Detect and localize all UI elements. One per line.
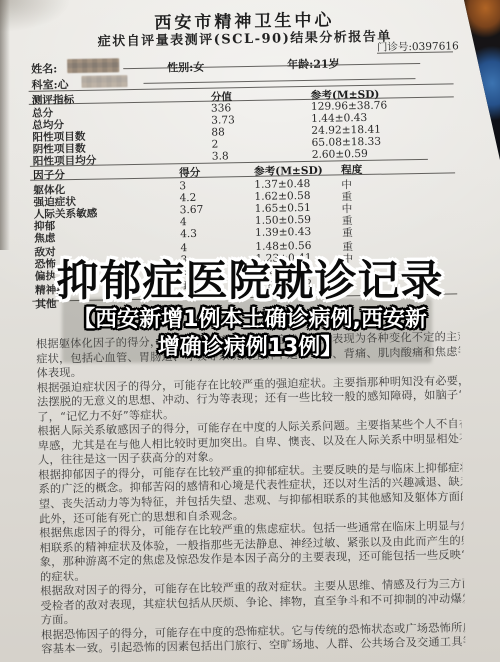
factor-reference: 1.65±0.51 — [255, 202, 311, 215]
metric-reference: 1.44±0.43 — [311, 112, 367, 125]
metric-score: 3.8 — [212, 150, 229, 162]
factor-reference: 1.50±0.59 — [255, 214, 311, 227]
factor-degree: 重 — [342, 225, 353, 240]
factor-reference: 1.43±0.57 — [256, 264, 312, 277]
factor-reference: 1.23±0.41 — [255, 252, 311, 265]
factor-score: 4.2 — [181, 280, 198, 292]
metric-score: 88 — [211, 126, 225, 138]
factor-score: 3 — [180, 254, 187, 266]
factor-reference: 1.37±0.48 — [254, 178, 310, 191]
factor-score: 3.67 — [180, 204, 204, 216]
department-redaction-mosaic — [81, 75, 127, 88]
metric-score: 2 — [211, 139, 218, 151]
name-redaction-mosaic — [67, 58, 119, 73]
factor-reference: 1.39±0.43 — [255, 226, 311, 239]
metric-score: 336 — [211, 102, 231, 114]
factor-score: 4 — [180, 242, 187, 254]
metric-reference: 2.60±0.59 — [312, 148, 368, 161]
factor-score: 3.33 — [181, 266, 205, 278]
name-label: 姓名: — [31, 60, 57, 76]
factor-reference: 1.62±0.58 — [254, 190, 310, 203]
factor-score: 4.2 — [179, 192, 196, 204]
metric-score: 3.73 — [211, 114, 235, 126]
department-underline — [143, 78, 415, 84]
factor-score: 4.3 — [180, 228, 197, 240]
factor-score: 4 — [180, 216, 187, 228]
factor-reference: 1.29±0.42 — [256, 278, 312, 291]
photo-frame: 西安市精神卫生中心 症状自评量表测评(SCL-90)结果分析报告单 门诊号:03… — [0, 0, 500, 662]
factor-name: 其他 — [35, 296, 56, 311]
factor-degree: 重 — [343, 277, 354, 292]
factor-degree: 中 — [343, 263, 354, 278]
report-document: 西安市精神卫生中心 症状自评量表测评(SCL-90)结果分析报告单 门诊号:03… — [0, 0, 500, 662]
factor-reference: 1.48±0.56 — [255, 240, 311, 253]
factor-score: 3 — [179, 180, 186, 192]
analysis-text: 根据躯体化因子的得分，可能存在中度的躯体化症状。常见表现为各种变化不定的主观躯体… — [36, 330, 466, 657]
